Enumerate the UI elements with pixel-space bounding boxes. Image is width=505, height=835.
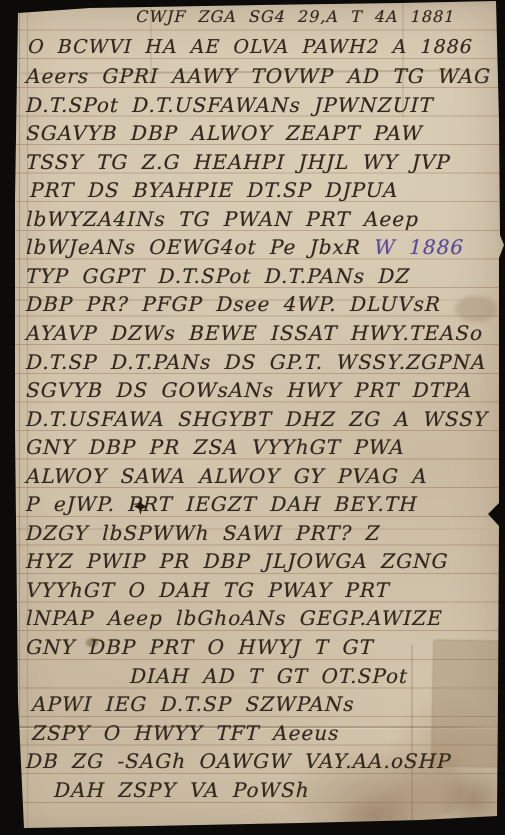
manuscript-line: P eJWP. PRT IEGZT DAH BEY.TH — [26, 492, 501, 521]
manuscript-line-text: D.T.USFAWA SHGYBT DHZ ZG A WSSY — [26, 407, 489, 431]
manuscript-line: lNPAP Aeep lbGhoANs GEGP.AWIZE — [26, 606, 501, 635]
manuscript-line-text: D.T.SPot D.T.USFAWANs JPWNZUIT — [26, 93, 434, 117]
manuscript-line-text: lNPAP Aeep lbGhoANs GEGP.AWIZE — [26, 606, 443, 630]
manuscript-line-text: DZGY lbSPWWh SAWI PRT? Z — [26, 521, 381, 545]
manuscript-line-text: DBP PR? PFGP Dsee 4WP. DLUVsR — [26, 292, 442, 316]
manuscript-line-text: TSSY TG Z.G HEAHPI JHJL WY JVP — [26, 150, 451, 174]
marginal-year-purple-ink: W 1886 — [360, 235, 464, 259]
manuscript-line-text: Aeers GPRI AAWY TOVWP AD TG WAG EGP — [26, 64, 505, 88]
manuscript-paper: CWJF ZGA SG4 29,A T 4A 1881O BCWVI HA AE… — [0, 0, 505, 835]
manuscript-line-text: CWJF ZGA SG4 29,A T 4A 1881 — [136, 7, 456, 26]
manuscript-line: DAH ZSPY VA PoWSh — [26, 778, 501, 807]
manuscript-line-text: APWI IEG D.T.SP SZWPANs — [32, 692, 355, 716]
manuscript-line-text: SGAVYB DBP ALWOY ZEAPT PAW — [26, 121, 424, 145]
manuscript-line: DIAH AD T GT OT.SPot — [26, 664, 501, 693]
manuscript-line: D.T.SP D.T.PANs DS GP.T. WSSY.ZGPNA — [26, 350, 501, 379]
ink-blot-star — [134, 498, 147, 515]
manuscript-line: DBP PR? PFGP Dsee 4WP. DLUVsR — [26, 292, 501, 321]
manuscript-line-text: AYAVP DZWs BEWE ISSAT HWY.TEASo — [26, 321, 484, 345]
manuscript-line: PRT DS BYAHPIE DT.SP DJPUA — [26, 178, 501, 207]
photo-background: CWJF ZGA SG4 29,A T 4A 1881O BCWVI HA AE… — [0, 0, 505, 835]
manuscript-line-text: GNY DBP PR ZSA VYYhGT PWA — [26, 435, 406, 459]
manuscript-line: GNY DBP PR ZSA VYYhGT PWA — [26, 435, 501, 464]
manuscript-line: APWI IEG D.T.SP SZWPANs — [26, 692, 501, 721]
manuscript-line-text: DB ZG -SAGh OAWGW VAY.AA.oSHP — [26, 749, 452, 773]
manuscript-line: CWJF ZGA SG4 29,A T 4A 1881 — [26, 7, 501, 36]
manuscript-line-text: TYP GGPT D.T.SPot D.T.PANs DZ — [26, 264, 411, 288]
manuscript-line: lbWYZA4INs TG PWAN PRT Aeep — [26, 207, 501, 236]
manuscript-line-text: D.T.SP D.T.PANs DS GP.T. WSSY.ZGPNA — [26, 350, 487, 374]
manuscript-line-text: SGVYB DS GOWsANs HWY PRT DTPA — [26, 378, 473, 402]
manuscript-line: DZGY lbSPWWh SAWI PRT? Z — [26, 521, 501, 550]
manuscript-line-text: VYYhGT O DAH TG PWAY PRT — [26, 578, 391, 602]
manuscript-line-text: ZSPY O HWYY TFT Aeeus — [32, 721, 340, 745]
manuscript-lines: CWJF ZGA SG4 29,A T 4A 1881O BCWVI HA AE… — [26, 7, 500, 806]
manuscript-line: DB ZG -SAGh OAWGW VAY.AA.oSHP — [26, 749, 501, 778]
manuscript-line: Aeers GPRI AAWY TOVWP AD TG WAG EGP — [26, 64, 501, 93]
manuscript-line-text: lbWJeANs OEWG4ot Pe JbxR — [26, 235, 362, 259]
manuscript-line-text: P eJWP. PRT IEGZT DAH BEY.TH — [26, 492, 418, 516]
manuscript-line: ZSPY O HWYY TFT Aeeus — [26, 721, 501, 750]
manuscript-line-text: GNY DBP PRT O HWYJ T GT — [26, 635, 375, 659]
manuscript-line: SGAVYB DBP ALWOY ZEAPT PAW — [26, 121, 501, 150]
manuscript-line: GNY DBP PRT O HWYJ T GT — [26, 635, 501, 664]
manuscript-line-text: ALWOY SAWA ALWOY GY PVAG A — [26, 464, 428, 488]
manuscript-line-text: O BCWVI HA AE OLVA PAWH2 A 1886 — [28, 36, 473, 58]
manuscript-line-text: DIAH AD T GT OT.SPot — [130, 664, 409, 688]
manuscript-line-text: lbWYZA4INs TG PWAN PRT Aeep — [26, 207, 420, 231]
manuscript-line: D.T.SPot D.T.USFAWANs JPWNZUIT — [26, 93, 501, 122]
manuscript-line-text: HYZ PWIP PR DBP JLJOWGA ZGNG — [26, 549, 449, 573]
manuscript-line: ALWOY SAWA ALWOY GY PVAG A — [26, 464, 501, 493]
manuscript-line: HYZ PWIP PR DBP JLJOWGA ZGNG — [26, 549, 501, 578]
manuscript-line-text: DAH ZSPY VA PoWSh — [54, 778, 310, 802]
manuscript-line: O BCWVI HA AE OLVA PAWH2 A 1886 — [26, 36, 501, 65]
manuscript-line: TYP GGPT D.T.SPot D.T.PANs DZ — [26, 264, 501, 293]
manuscript-line: SGVYB DS GOWsANs HWY PRT DTPA — [26, 378, 501, 407]
manuscript-line: TSSY TG Z.G HEAHPI JHJL WY JVP — [26, 150, 501, 179]
manuscript-line-text: PRT DS BYAHPIE DT.SP DJPUA — [30, 178, 399, 202]
manuscript-line: VYYhGT O DAH TG PWAY PRT — [26, 578, 501, 607]
manuscript-line: lbWJeANs OEWG4ot Pe JbxR W 1886 — [26, 235, 501, 264]
manuscript-line: AYAVP DZWs BEWE ISSAT HWY.TEASo — [26, 321, 501, 350]
manuscript-line: D.T.USFAWA SHGYBT DHZ ZG A WSSY — [26, 407, 501, 436]
